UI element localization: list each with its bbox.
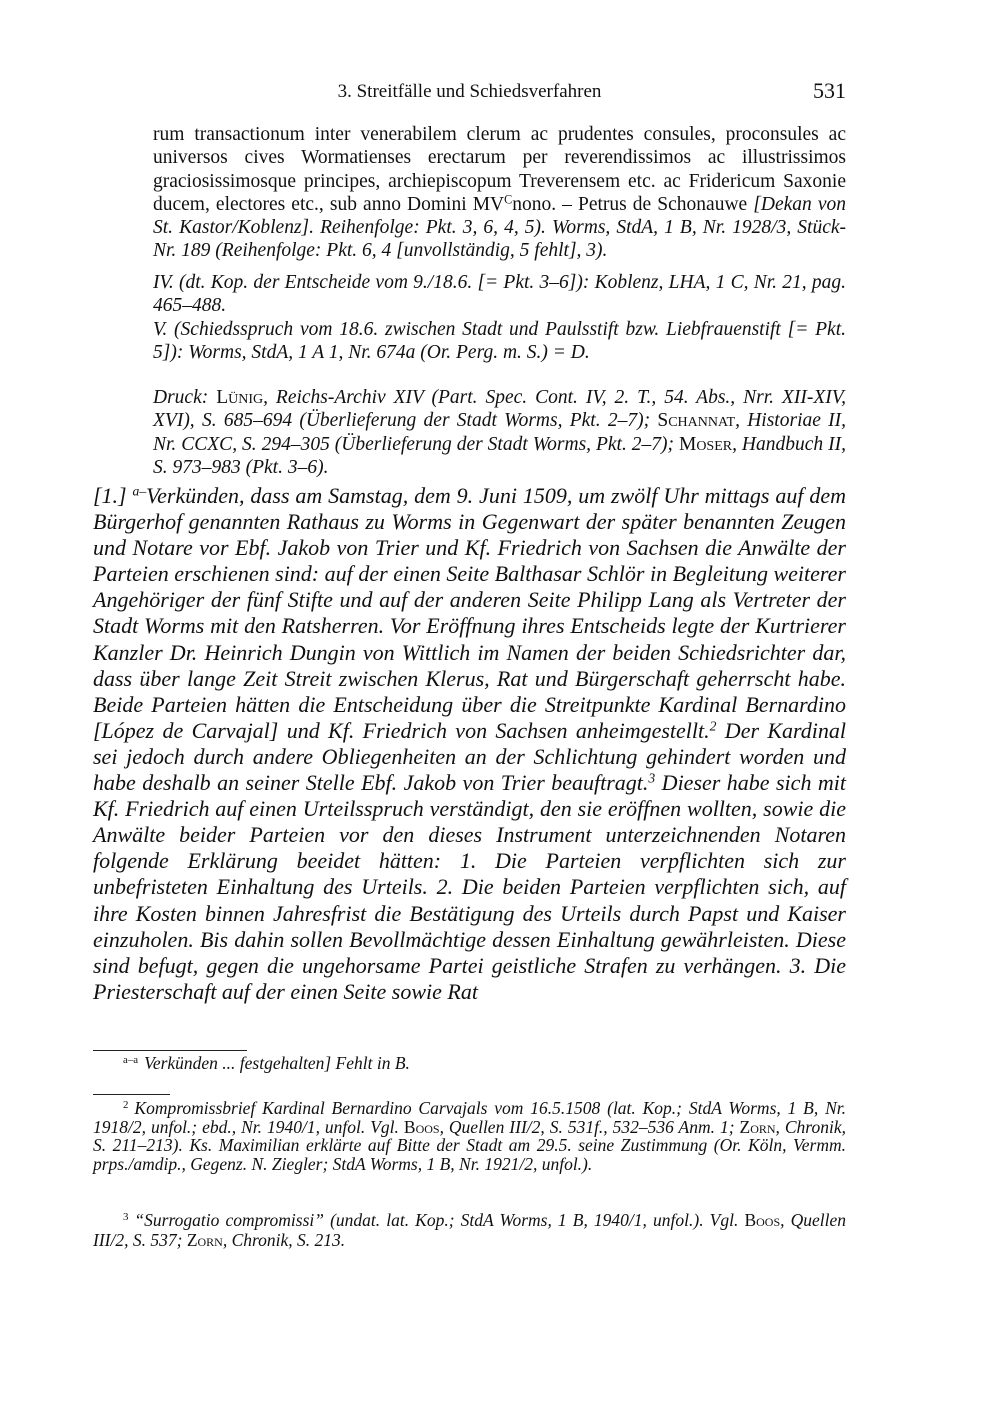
- main-regest-text: [1.] a–Verkünden, dass am Samstag, dem 9…: [93, 483, 846, 1005]
- footnote-2-mark: 2: [123, 1099, 128, 1111]
- variant-apparatus-divider: [93, 1050, 247, 1051]
- footnote-3: 3“Surrogatio compromissi” (undat. lat. K…: [93, 1211, 846, 1250]
- superscript: C: [504, 192, 512, 206]
- footnote-2-text-2: , Quellen III/2, S. 531f., 532–536 Anm. …: [440, 1117, 740, 1137]
- footnote-3-text-3: , Chronik, S. 213.: [223, 1230, 345, 1250]
- footnote-2: 2Kompromissbrief Kardinal Bernardino Car…: [93, 1099, 846, 1173]
- footnote-divider: [93, 1094, 170, 1095]
- author-schannat: Schannat: [657, 410, 735, 431]
- variant-marker: a–: [133, 484, 147, 499]
- druck-label: Druck:: [153, 387, 208, 408]
- running-head-title: 3. Streitfälle und Schiedsverfahren: [93, 81, 846, 103]
- author-zorn: Zorn: [740, 1117, 776, 1137]
- footnote-3-text-1: “Surrogatio compromissi” (undat. lat. Ko…: [134, 1210, 744, 1230]
- source-entry-transcript: rum transactionum inter venerabilem cler…: [153, 123, 846, 263]
- running-head: 3. Streitfälle und Schiedsverfahren 531: [93, 78, 846, 108]
- author-luenig: Lünig: [216, 387, 263, 408]
- print-editions: Druck: Lünig, Reichs-Archiv XIV (Part. S…: [153, 386, 846, 479]
- page-number: 531: [813, 78, 846, 104]
- source-iv-text: IV. (dt. Kop. der Entscheide vom 9./18.6…: [153, 271, 846, 318]
- author-zorn: Zorn: [187, 1230, 223, 1250]
- source-entry-v: V. (Schiedsspruch vom 18.6. zwischen Sta…: [153, 318, 846, 365]
- author-boos: Boos: [744, 1210, 780, 1230]
- footnote-3-mark: 3: [123, 1211, 128, 1223]
- source-entry-iv: IV. (dt. Kop. der Entscheide vom 9./18.6…: [153, 271, 846, 318]
- author-moser: Moser: [679, 434, 732, 455]
- regest-part-1: Verkünden, dass am Samstag, dem 9. Juni …: [93, 483, 846, 743]
- variant-footnote-text: Verkünden ... festgehalten] Fehlt in B.: [144, 1053, 410, 1073]
- variant-footnote-a: a–aVerkünden ... festgehalten] Fehlt in …: [93, 1054, 846, 1074]
- author-boos: Boos: [404, 1117, 440, 1137]
- section-marker: [1.]: [93, 483, 133, 508]
- regest-part-3: Dieser habe sich mit Kf. Friedrich auf e…: [93, 770, 846, 1004]
- variant-footnote-mark: a–a: [123, 1054, 138, 1066]
- source-v-text: V. (Schiedsspruch vom 18.6. zwischen Sta…: [153, 318, 846, 365]
- latin-text-cont: nono. – Petrus de Schonauwe: [512, 194, 753, 215]
